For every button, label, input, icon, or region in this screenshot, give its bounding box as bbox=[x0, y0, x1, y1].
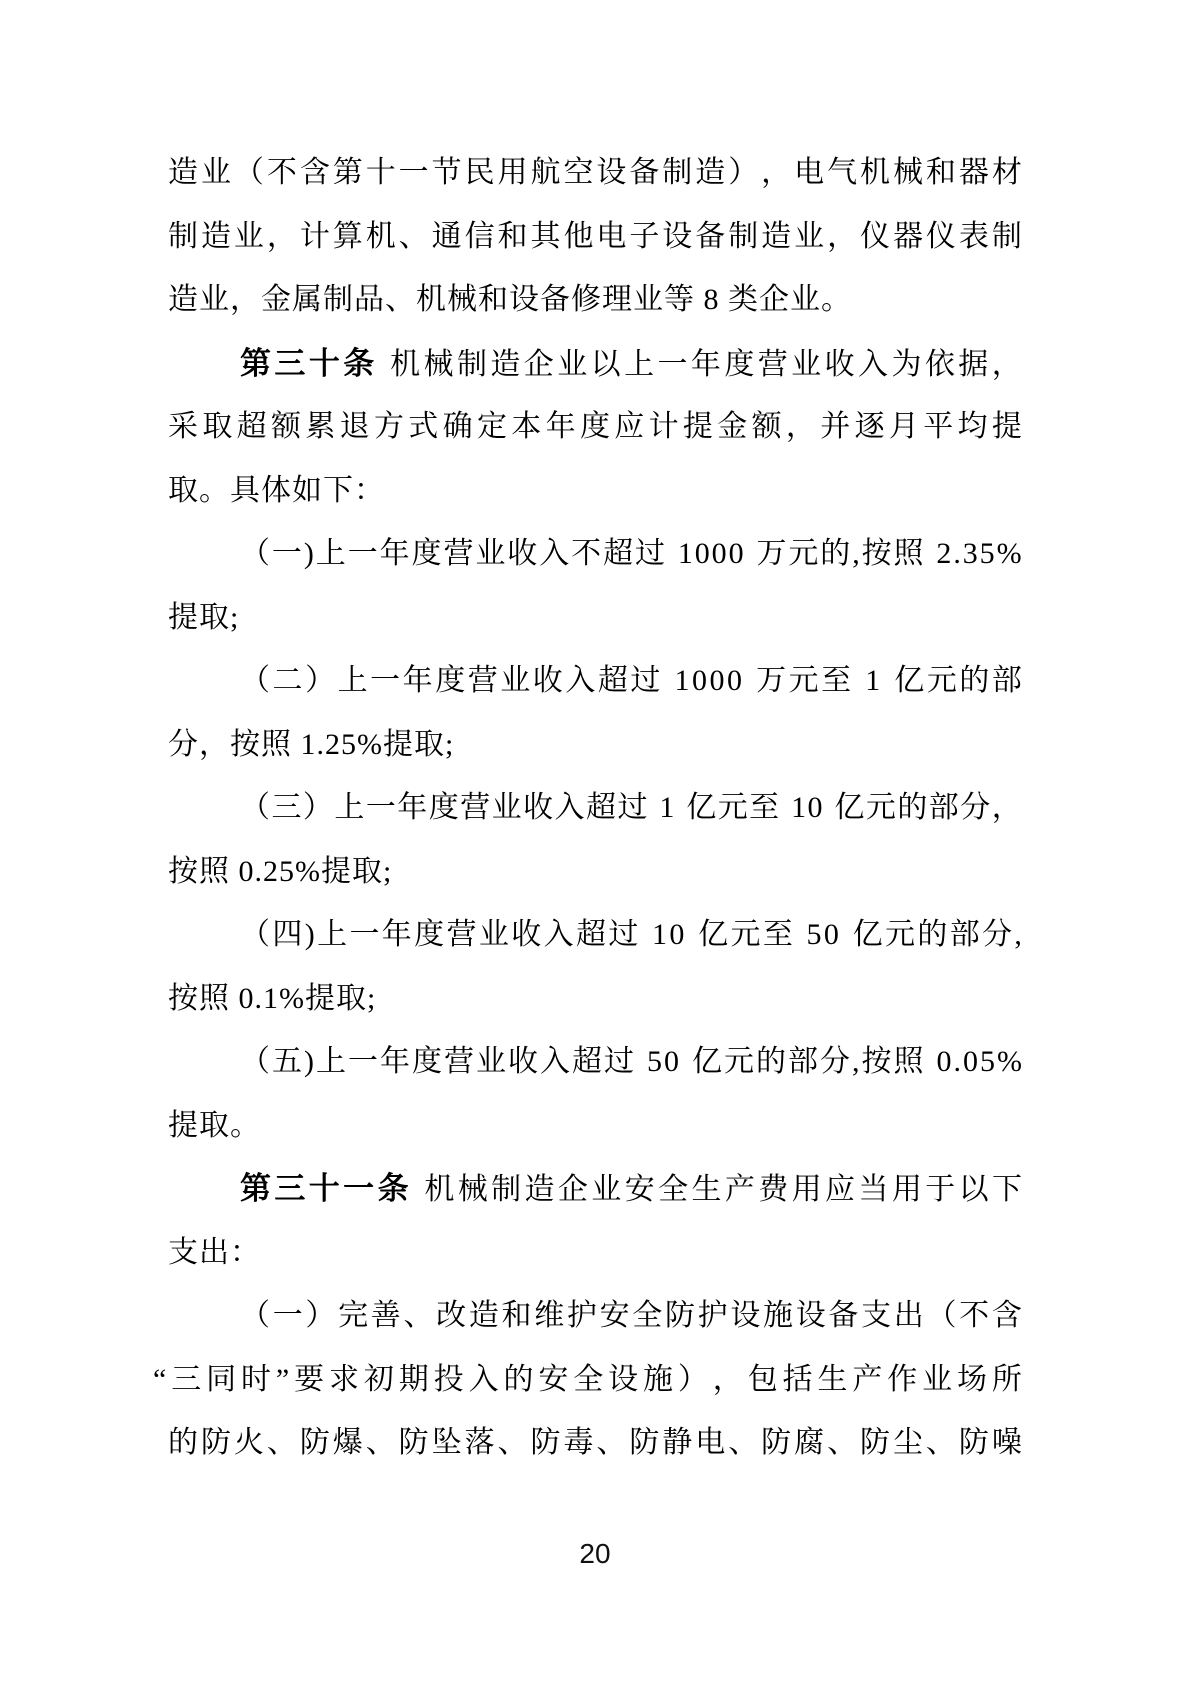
char: 不 bbox=[959, 1284, 989, 1348]
char: 机 bbox=[860, 141, 890, 205]
char: 含 bbox=[992, 1284, 1022, 1348]
char: 落 bbox=[465, 1411, 495, 1475]
char: 、 bbox=[926, 1411, 956, 1475]
char: （ bbox=[240, 1030, 270, 1094]
char: 的 bbox=[917, 903, 947, 967]
char: 额 bbox=[752, 395, 782, 459]
char: 亿 bbox=[698, 903, 728, 967]
text-line: 造业，金属制品、机械和设备修理业等 8 类企业。 bbox=[168, 268, 1022, 332]
char: , bbox=[852, 522, 860, 586]
char: 1 bbox=[659, 776, 674, 840]
char: 收 bbox=[523, 776, 553, 840]
char: 维 bbox=[534, 1284, 564, 1348]
char: 的 bbox=[168, 1411, 198, 1475]
char: ) bbox=[304, 522, 314, 586]
char: 防 bbox=[201, 1411, 231, 1475]
char: 平 bbox=[923, 395, 953, 459]
char: 全 bbox=[658, 1158, 688, 1222]
char: 生 bbox=[817, 1348, 847, 1412]
article-number-char: 一 bbox=[343, 1157, 374, 1221]
char: 的 bbox=[897, 776, 927, 840]
char: 护 bbox=[698, 1284, 728, 1348]
text-line: 分，按照 1.25%提取; bbox=[168, 713, 1022, 777]
char: 部 bbox=[929, 776, 959, 840]
char: 上 bbox=[624, 333, 654, 397]
char: 械 bbox=[424, 333, 454, 397]
char: 防 bbox=[665, 1284, 695, 1348]
char: 一 bbox=[348, 1030, 378, 1094]
char: 并 bbox=[820, 395, 850, 459]
char: ） bbox=[303, 776, 333, 840]
article-number-char: 第 bbox=[240, 1157, 271, 1221]
char: 制 bbox=[491, 1158, 521, 1222]
char: 业 bbox=[591, 1158, 621, 1222]
char: 机 bbox=[390, 333, 420, 397]
char: 制 bbox=[662, 141, 692, 205]
char: 1 bbox=[652, 903, 667, 967]
char: 度 bbox=[414, 903, 444, 967]
char: 0 bbox=[664, 1030, 679, 1094]
char: 造 bbox=[201, 205, 231, 269]
char: 产 bbox=[852, 1348, 882, 1412]
line-text: 按照 0.1%提取; bbox=[168, 982, 376, 1015]
article-number-char: 十 bbox=[309, 332, 340, 396]
char: . bbox=[953, 522, 961, 586]
char: 三 bbox=[171, 1348, 201, 1412]
char: 部 bbox=[950, 903, 980, 967]
char: 造 bbox=[525, 1158, 555, 1222]
char: 电 bbox=[695, 1411, 725, 1475]
char: 械 bbox=[458, 1158, 488, 1222]
char: 年 bbox=[380, 1030, 410, 1094]
char: 造 bbox=[469, 1284, 499, 1348]
char: 出 bbox=[894, 1284, 924, 1348]
article-number-char: 条 bbox=[343, 332, 374, 396]
char: 四 bbox=[272, 903, 302, 967]
char: 造 bbox=[168, 141, 198, 205]
text-line: 取。具体如下： bbox=[168, 459, 1022, 523]
char: , bbox=[1014, 903, 1022, 967]
char: 上 bbox=[316, 522, 346, 586]
char: （ bbox=[240, 903, 270, 967]
char: 万 bbox=[756, 649, 786, 713]
char: ， bbox=[267, 205, 297, 269]
char: 提 bbox=[992, 395, 1022, 459]
char: 元 bbox=[866, 776, 896, 840]
char: 航 bbox=[530, 141, 560, 205]
char: 、 bbox=[596, 1411, 626, 1475]
char: 至 bbox=[763, 903, 793, 967]
char: 5 bbox=[807, 903, 822, 967]
char: 5 bbox=[980, 522, 995, 586]
char: 部 bbox=[788, 1030, 818, 1094]
text-line: 支出： bbox=[168, 1221, 1022, 1285]
char: 金 bbox=[717, 395, 747, 459]
char: 过 bbox=[635, 522, 665, 586]
char: ， bbox=[786, 395, 816, 459]
char: ) bbox=[305, 903, 315, 967]
char: 营 bbox=[468, 649, 498, 713]
char: 元 bbox=[730, 903, 760, 967]
char: 机 bbox=[366, 205, 396, 269]
text-line: 的防火、防爆、防坠落、防毒、防静电、防腐、防尘、防噪 bbox=[168, 1411, 1022, 1475]
char: 节 bbox=[432, 141, 462, 205]
char: 安 bbox=[600, 1284, 630, 1348]
char: 收 bbox=[533, 649, 563, 713]
text-line: 第三十条机械制造企业以上一年度营业收入为依据， bbox=[168, 332, 1022, 396]
char: 和 bbox=[498, 205, 528, 269]
char: 爆 bbox=[333, 1411, 363, 1475]
char: 累 bbox=[305, 395, 335, 459]
char: 二 bbox=[273, 649, 303, 713]
char: 年 bbox=[546, 395, 576, 459]
char: 信 bbox=[465, 205, 495, 269]
char: 求 bbox=[329, 1348, 359, 1412]
char: 防 bbox=[761, 1411, 791, 1475]
char: 依 bbox=[925, 333, 955, 397]
char: 设 bbox=[796, 1284, 826, 1348]
char: 造 bbox=[490, 333, 520, 397]
text-line: 按照 0.1%提取; bbox=[168, 967, 1022, 1031]
char: 坠 bbox=[432, 1411, 462, 1475]
char: 式 bbox=[408, 395, 438, 459]
char: 算 bbox=[333, 205, 363, 269]
char: 其 bbox=[530, 205, 560, 269]
line-text: 支出： bbox=[168, 1236, 261, 1269]
char: 造 bbox=[761, 205, 791, 269]
char: 制 bbox=[728, 205, 758, 269]
char: 分 bbox=[820, 1030, 850, 1094]
char: 气 bbox=[827, 141, 857, 205]
char: 民 bbox=[465, 141, 495, 205]
char: 度 bbox=[429, 776, 459, 840]
char: “ bbox=[153, 1348, 166, 1412]
char: 企 bbox=[524, 333, 554, 397]
char: 防 bbox=[399, 1411, 429, 1475]
char: 一 bbox=[349, 903, 379, 967]
char: 取 bbox=[202, 395, 232, 459]
char: 定 bbox=[477, 395, 507, 459]
char: 第 bbox=[333, 141, 363, 205]
char: 万 bbox=[756, 522, 786, 586]
char: 的 bbox=[959, 649, 989, 713]
char: 据 bbox=[958, 333, 988, 397]
line-text: 造业，金属制品、机械和设备修理业等 8 类企业。 bbox=[168, 283, 852, 316]
char: 计 bbox=[300, 205, 330, 269]
text-line: “三同时”要求初期投入的安全设施），包括生产作业场所 bbox=[153, 1348, 1022, 1412]
char: 投 bbox=[434, 1348, 464, 1412]
char: 分 bbox=[960, 776, 990, 840]
char: 一 bbox=[657, 333, 687, 397]
char: 入 bbox=[555, 776, 585, 840]
char: 仪 bbox=[926, 205, 956, 269]
char: 他 bbox=[563, 205, 593, 269]
char: 亿 bbox=[853, 903, 883, 967]
article-number-char: 三 bbox=[274, 332, 305, 396]
char: 年 bbox=[397, 776, 427, 840]
char: 、 bbox=[267, 1411, 297, 1475]
char: 部 bbox=[992, 649, 1022, 713]
char: 防 bbox=[530, 1411, 560, 1475]
char: 不 bbox=[267, 141, 297, 205]
text-line: （五)上一年度营业收入超过50亿元的部分,按照0.05% bbox=[168, 1030, 1022, 1094]
char: 5 bbox=[647, 1030, 662, 1094]
char: 应 bbox=[825, 1158, 855, 1222]
char: 子 bbox=[629, 205, 659, 269]
char: 以 bbox=[591, 333, 621, 397]
char: 支 bbox=[861, 1284, 891, 1348]
char: 和 bbox=[926, 141, 956, 205]
char: 火 bbox=[234, 1411, 264, 1475]
char: 空 bbox=[563, 141, 593, 205]
char: 1 bbox=[791, 776, 806, 840]
char: 照 bbox=[894, 522, 924, 586]
char: 营 bbox=[447, 903, 477, 967]
char: 超 bbox=[598, 649, 628, 713]
char: 器 bbox=[893, 205, 923, 269]
char: 改 bbox=[436, 1284, 466, 1348]
document-page: 造业（不含第十一节民用航空设备制造），电气机械和器材制造业，计算机、通信和其他电… bbox=[0, 0, 1190, 1683]
char: 备 bbox=[695, 205, 725, 269]
char: 业 bbox=[201, 141, 231, 205]
line-text: 分，按照 1.25%提取; bbox=[168, 728, 454, 761]
char: 毒 bbox=[563, 1411, 593, 1475]
char: 含 bbox=[300, 141, 330, 205]
char: 械 bbox=[893, 141, 923, 205]
char: 同 bbox=[206, 1348, 236, 1412]
char: （ bbox=[234, 141, 264, 205]
char: 设 bbox=[596, 141, 626, 205]
char: 0 bbox=[729, 522, 744, 586]
char: 上 bbox=[317, 903, 347, 967]
article-number-char: 三 bbox=[274, 1157, 305, 1221]
char: 电 bbox=[794, 141, 824, 205]
char: 用 bbox=[792, 1158, 822, 1222]
char: 超 bbox=[576, 903, 606, 967]
char: 业 bbox=[922, 1348, 952, 1412]
char: 元 bbox=[885, 903, 915, 967]
char: 业 bbox=[479, 903, 509, 967]
char: 器 bbox=[959, 141, 989, 205]
char: 年 bbox=[691, 333, 721, 397]
char: 度 bbox=[435, 649, 465, 713]
char: 的 bbox=[820, 522, 850, 586]
char: 0 bbox=[963, 1030, 978, 1094]
char: 用 bbox=[892, 1158, 922, 1222]
line-text: 提取。 bbox=[168, 1109, 261, 1142]
char: 0 bbox=[727, 649, 742, 713]
char: 、 bbox=[827, 1411, 857, 1475]
char: 月 bbox=[889, 395, 919, 459]
char: ， bbox=[827, 205, 857, 269]
char: 营 bbox=[444, 1030, 474, 1094]
char: 度 bbox=[724, 333, 754, 397]
char: 以 bbox=[959, 1158, 989, 1222]
char: 0 bbox=[692, 649, 707, 713]
char: 元 bbox=[724, 1030, 754, 1094]
char: 业 bbox=[791, 333, 821, 397]
char: 安 bbox=[538, 1348, 568, 1412]
char: 本 bbox=[511, 395, 541, 459]
text-line: 制造业，计算机、通信和其他电子设备制造业，仪器仪表制 bbox=[168, 205, 1022, 269]
char: （ bbox=[240, 776, 270, 840]
char: 时 bbox=[241, 1348, 271, 1412]
char: 生 bbox=[691, 1158, 721, 1222]
char: 费 bbox=[758, 1158, 788, 1222]
char: 0 bbox=[710, 649, 725, 713]
char: 超 bbox=[603, 522, 633, 586]
char: 期 bbox=[399, 1348, 429, 1412]
char: 初 bbox=[364, 1348, 394, 1412]
char: 5 bbox=[980, 1030, 995, 1094]
char: 年 bbox=[382, 903, 412, 967]
char: 收 bbox=[511, 903, 541, 967]
char: 亿 bbox=[894, 649, 924, 713]
char: 三 bbox=[271, 776, 301, 840]
char: 和 bbox=[502, 1284, 532, 1348]
char: 度 bbox=[412, 1030, 442, 1094]
char: 一 bbox=[370, 649, 400, 713]
char: ） bbox=[305, 1284, 335, 1348]
text-line: 提取; bbox=[168, 586, 1022, 650]
char: 通 bbox=[432, 205, 462, 269]
char: ， bbox=[713, 1348, 743, 1412]
char: 五 bbox=[272, 1030, 302, 1094]
text-line: 采取超额累退方式确定本年度应计提金额，并逐月平均提 bbox=[168, 395, 1022, 459]
char: 0 bbox=[712, 522, 727, 586]
char: 防 bbox=[860, 1411, 890, 1475]
char: 亿 bbox=[692, 1030, 722, 1094]
char: 营 bbox=[460, 776, 490, 840]
char: 、 bbox=[728, 1411, 758, 1475]
char: 入 bbox=[565, 649, 595, 713]
char: 业 bbox=[476, 1030, 506, 1094]
char: （ bbox=[240, 649, 270, 713]
text-line: 造业（不含第十一节民用航空设备制造），电气机械和器材 bbox=[168, 141, 1022, 205]
char: 防 bbox=[629, 1411, 659, 1475]
char: 过 bbox=[608, 903, 638, 967]
char: % bbox=[997, 1030, 1022, 1094]
char: 至 bbox=[821, 649, 851, 713]
char: 过 bbox=[604, 1030, 634, 1094]
char: 营 bbox=[443, 522, 473, 586]
char: 要 bbox=[294, 1348, 324, 1412]
page-number: 20 bbox=[0, 1534, 1190, 1574]
char: 制 bbox=[992, 205, 1022, 269]
char: 照 bbox=[894, 1030, 924, 1094]
char: 亿 bbox=[686, 776, 716, 840]
char: 亿 bbox=[834, 776, 864, 840]
char: 业 bbox=[500, 649, 530, 713]
char: 入 bbox=[858, 333, 888, 397]
char: 场 bbox=[957, 1348, 987, 1412]
char: 上 bbox=[316, 1030, 346, 1094]
char: 施 bbox=[763, 1284, 793, 1348]
char: 善 bbox=[371, 1284, 401, 1348]
char: 防 bbox=[959, 1411, 989, 1475]
char: 方 bbox=[374, 395, 404, 459]
char: 一 bbox=[348, 522, 378, 586]
char: 0 bbox=[669, 903, 684, 967]
char: 于 bbox=[925, 1158, 955, 1222]
char: 静 bbox=[662, 1411, 692, 1475]
char: 分 bbox=[982, 903, 1012, 967]
char: 全 bbox=[632, 1284, 662, 1348]
char: 额 bbox=[271, 395, 301, 459]
char: 至 bbox=[749, 776, 779, 840]
char: 、 bbox=[366, 1411, 396, 1475]
char: 产 bbox=[725, 1158, 755, 1222]
char: 电 bbox=[596, 205, 626, 269]
char: 用 bbox=[498, 141, 528, 205]
char: 企 bbox=[558, 1158, 588, 1222]
char: 上 bbox=[338, 649, 368, 713]
char: 括 bbox=[783, 1348, 813, 1412]
char: 制 bbox=[168, 205, 198, 269]
char: 业 bbox=[492, 776, 522, 840]
char: 收 bbox=[825, 333, 855, 397]
char: 为 bbox=[891, 333, 921, 397]
char: 确 bbox=[443, 395, 473, 459]
char: 、 bbox=[399, 205, 429, 269]
char: 入 bbox=[540, 1030, 570, 1094]
char: 材 bbox=[992, 141, 1022, 205]
line-text: 提取; bbox=[168, 601, 239, 634]
char: ” bbox=[276, 1348, 289, 1412]
char: 所 bbox=[992, 1348, 1022, 1412]
text-line: 按照 0.25%提取; bbox=[168, 840, 1022, 904]
char: 0 bbox=[824, 903, 839, 967]
char: 、 bbox=[403, 1284, 433, 1348]
char: ） bbox=[678, 1348, 708, 1412]
char: 0 bbox=[937, 1030, 952, 1094]
char: 元 bbox=[788, 522, 818, 586]
char: . bbox=[954, 1030, 962, 1094]
char: ） bbox=[728, 141, 758, 205]
char: 十 bbox=[366, 141, 396, 205]
char: 上 bbox=[334, 776, 364, 840]
char: 元 bbox=[789, 649, 819, 713]
char: 机 bbox=[424, 1158, 454, 1222]
line-text: 按照 0.25%提取; bbox=[168, 855, 392, 888]
char: 0 bbox=[695, 522, 710, 586]
char: 过 bbox=[630, 649, 660, 713]
char: 护 bbox=[567, 1284, 597, 1348]
char: 制 bbox=[457, 333, 487, 397]
char: 业 bbox=[557, 333, 587, 397]
char: 全 bbox=[573, 1348, 603, 1412]
char: 造 bbox=[695, 141, 725, 205]
char: 当 bbox=[858, 1158, 888, 1222]
char: 业 bbox=[794, 205, 824, 269]
char: 腐 bbox=[794, 1411, 824, 1475]
char: （ bbox=[240, 1284, 270, 1348]
char: 3 bbox=[963, 522, 978, 586]
text-line: 提取。 bbox=[168, 1094, 1022, 1158]
char: 表 bbox=[959, 205, 989, 269]
char: 退 bbox=[340, 395, 370, 459]
char: 度 bbox=[412, 522, 442, 586]
char: 安 bbox=[625, 1158, 655, 1222]
char: 完 bbox=[338, 1284, 368, 1348]
char: 入 bbox=[544, 903, 574, 967]
char: 计 bbox=[649, 395, 679, 459]
char: 备 bbox=[629, 141, 659, 205]
char: 尘 bbox=[893, 1411, 923, 1475]
char: 年 bbox=[403, 649, 433, 713]
document-body: 造业（不含第十一节民用航空设备制造），电气机械和器材制造业，计算机、通信和其他电… bbox=[168, 141, 1022, 1475]
char: 1 bbox=[865, 649, 880, 713]
